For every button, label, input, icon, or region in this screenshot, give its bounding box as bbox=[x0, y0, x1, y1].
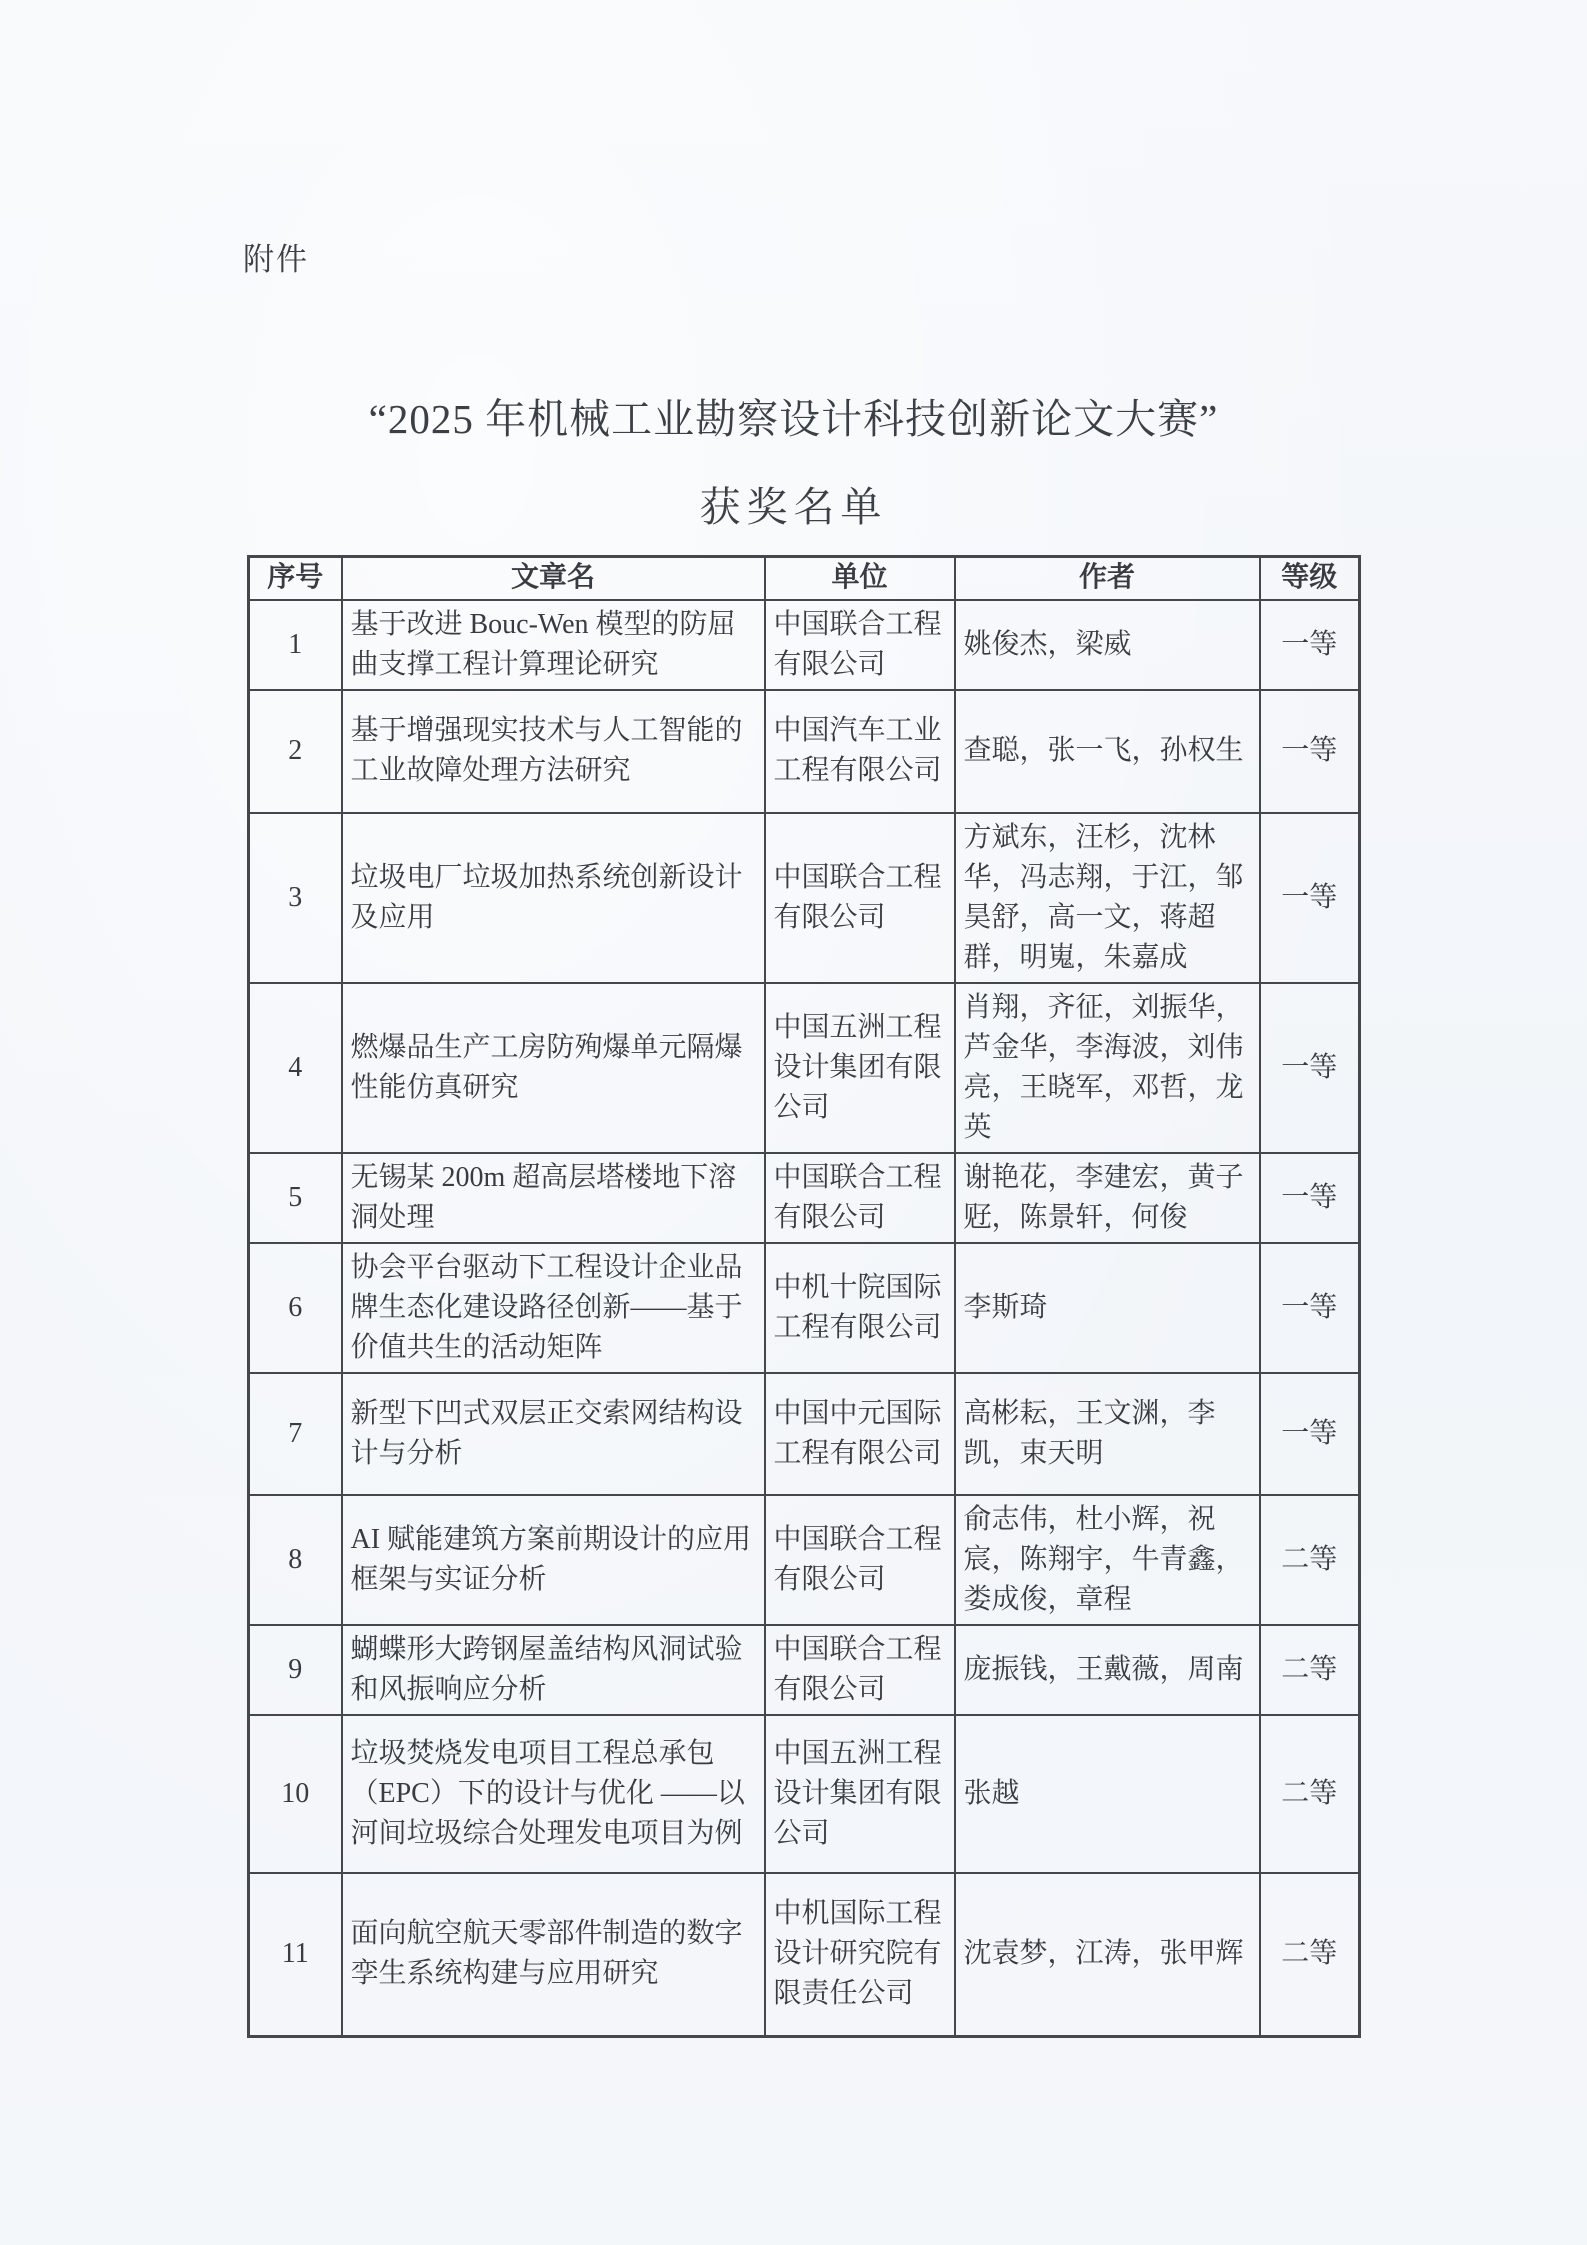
cell-authors: 沈袁梦，江涛，张甲辉 bbox=[955, 1873, 1260, 2037]
table-row: 8 AI 赋能建筑方案前期设计的应用框架与实证分析 中国联合工程有限公司 俞志伟… bbox=[249, 1495, 1360, 1625]
cell-unit: 中国联合工程有限公司 bbox=[765, 600, 955, 690]
cell-unit: 中国汽车工业工程有限公司 bbox=[765, 690, 955, 813]
cell-unit: 中国联合工程有限公司 bbox=[765, 1495, 955, 1625]
cell-grade: 二等 bbox=[1260, 1625, 1360, 1715]
cell-unit: 中机国际工程设计研究院有限责任公司 bbox=[765, 1873, 955, 2037]
table-row: 9 蝴蝶形大跨钢屋盖结构风洞试验和风振响应分析 中国联合工程有限公司 庞振钱，王… bbox=[249, 1625, 1360, 1715]
table-row: 11 面向航空航天零部件制造的数字孪生系统构建与应用研究 中机国际工程设计研究院… bbox=[249, 1873, 1360, 2037]
cell-unit: 中国五洲工程设计集团有限公司 bbox=[765, 1715, 955, 1873]
cell-article-title: 新型下凹式双层正交索网结构设计与分析 bbox=[342, 1373, 765, 1495]
document-subtitle: 获奖名单 bbox=[120, 474, 1467, 533]
table-row: 5 无锡某 200m 超高层塔楼地下溶洞处理 中国联合工程有限公司 谢艳花，李建… bbox=[249, 1153, 1360, 1243]
cell-unit: 中国联合工程有限公司 bbox=[765, 1625, 955, 1715]
table-row: 2 基于增强现实技术与人工智能的工业故障处理方法研究 中国汽车工业工程有限公司 … bbox=[249, 690, 1360, 813]
cell-authors: 俞志伟，杜小辉，祝宸，陈翔宇，牛青鑫，娄成俊，章程 bbox=[955, 1495, 1260, 1625]
cell-serial-number: 1 bbox=[249, 600, 342, 690]
cell-authors: 张越 bbox=[955, 1715, 1260, 1873]
cell-authors: 李斯琦 bbox=[955, 1243, 1260, 1373]
cell-authors: 谢艳花，李建宏，黄子觃，陈景轩，何俊 bbox=[955, 1153, 1260, 1243]
cell-authors: 庞振钱，王戴薇，周南 bbox=[955, 1625, 1260, 1715]
cell-article-title: 基于增强现实技术与人工智能的工业故障处理方法研究 bbox=[342, 690, 765, 813]
cell-article-title: 无锡某 200m 超高层塔楼地下溶洞处理 bbox=[342, 1153, 765, 1243]
table-header-row: 序号 文章名 单位 作者 等级 bbox=[249, 557, 1360, 600]
cell-authors: 姚俊杰，梁威 bbox=[955, 600, 1260, 690]
cell-serial-number: 7 bbox=[249, 1373, 342, 1495]
attachment-label: 附件 bbox=[243, 234, 309, 279]
cell-article-title: 协会平台驱动下工程设计企业品牌生态化建设路径创新——基于价值共生的活动矩阵 bbox=[342, 1243, 765, 1373]
cell-grade: 一等 bbox=[1260, 983, 1360, 1153]
cell-grade: 一等 bbox=[1260, 813, 1360, 983]
table-row: 1 基于改进 Bouc-Wen 模型的防屈曲支撑工程计算理论研究 中国联合工程有… bbox=[249, 600, 1360, 690]
header-authors: 作者 bbox=[955, 557, 1260, 600]
table-row: 7 新型下凹式双层正交索网结构设计与分析 中国中元国际工程有限公司 高彬耘，王文… bbox=[249, 1373, 1360, 1495]
cell-grade: 二等 bbox=[1260, 1715, 1360, 1873]
cell-serial-number: 5 bbox=[249, 1153, 342, 1243]
table-row: 4 燃爆品生产工房防殉爆单元隔爆性能仿真研究 中国五洲工程设计集团有限公司 肖翔… bbox=[249, 983, 1360, 1153]
cell-authors: 肖翔，齐征，刘振华，芦金华，李海波，刘伟亮，王晓军，邓哲，龙英 bbox=[955, 983, 1260, 1153]
cell-grade: 一等 bbox=[1260, 1153, 1360, 1243]
cell-article-title: AI 赋能建筑方案前期设计的应用框架与实证分析 bbox=[342, 1495, 765, 1625]
header-serial-number: 序号 bbox=[249, 557, 342, 600]
awards-table: 序号 文章名 单位 作者 等级 1 基于改进 Bouc-Wen 模型的防屈曲支撑… bbox=[247, 555, 1361, 2038]
cell-unit: 中机十院国际工程有限公司 bbox=[765, 1243, 955, 1373]
table-row: 10 垃圾焚烧发电项目工程总承包（EPC）下的设计与优化 ——以河间垃圾综合处理… bbox=[249, 1715, 1360, 1873]
cell-serial-number: 9 bbox=[249, 1625, 342, 1715]
cell-article-title: 基于改进 Bouc-Wen 模型的防屈曲支撑工程计算理论研究 bbox=[342, 600, 765, 690]
cell-serial-number: 4 bbox=[249, 983, 342, 1153]
table-row: 3 垃圾电厂垃圾加热系统创新设计及应用 中国联合工程有限公司 方斌东，汪杉，沈林… bbox=[249, 813, 1360, 983]
cell-authors: 高彬耘，王文渊，李凯，束天明 bbox=[955, 1373, 1260, 1495]
cell-serial-number: 6 bbox=[249, 1243, 342, 1373]
cell-article-title: 蝴蝶形大跨钢屋盖结构风洞试验和风振响应分析 bbox=[342, 1625, 765, 1715]
cell-grade: 一等 bbox=[1260, 1243, 1360, 1373]
cell-unit: 中国五洲工程设计集团有限公司 bbox=[765, 983, 955, 1153]
header-article-title: 文章名 bbox=[342, 557, 765, 600]
cell-grade: 二等 bbox=[1260, 1495, 1360, 1625]
cell-unit: 中国联合工程有限公司 bbox=[765, 1153, 955, 1243]
cell-article-title: 垃圾电厂垃圾加热系统创新设计及应用 bbox=[342, 813, 765, 983]
header-grade: 等级 bbox=[1260, 557, 1360, 600]
cell-serial-number: 3 bbox=[249, 813, 342, 983]
cell-serial-number: 11 bbox=[249, 1873, 342, 2037]
cell-article-title: 面向航空航天零部件制造的数字孪生系统构建与应用研究 bbox=[342, 1873, 765, 2037]
cell-grade: 二等 bbox=[1260, 1873, 1360, 2037]
cell-unit: 中国联合工程有限公司 bbox=[765, 813, 955, 983]
cell-serial-number: 2 bbox=[249, 690, 342, 813]
cell-article-title: 垃圾焚烧发电项目工程总承包（EPC）下的设计与优化 ——以河间垃圾综合处理发电项… bbox=[342, 1715, 765, 1873]
header-unit: 单位 bbox=[765, 557, 955, 600]
cell-unit: 中国中元国际工程有限公司 bbox=[765, 1373, 955, 1495]
cell-serial-number: 8 bbox=[249, 1495, 342, 1625]
cell-grade: 一等 bbox=[1260, 690, 1360, 813]
cell-authors: 查聪，张一飞，孙权生 bbox=[955, 690, 1260, 813]
table-row: 6 协会平台驱动下工程设计企业品牌生态化建设路径创新——基于价值共生的活动矩阵 … bbox=[249, 1243, 1360, 1373]
cell-authors: 方斌东，汪杉，沈林华，冯志翔，于江，邹昊舒，高一文，蒋超群，明嵬，朱嘉成 bbox=[955, 813, 1260, 983]
cell-grade: 一等 bbox=[1260, 1373, 1360, 1495]
document-title: “2025 年机械工业勘察设计科技创新论文大赛” bbox=[120, 386, 1467, 445]
cell-article-title: 燃爆品生产工房防殉爆单元隔爆性能仿真研究 bbox=[342, 983, 765, 1153]
scanned-document-page: 附件 “2025 年机械工业勘察设计科技创新论文大赛” 获奖名单 序号 文章名 … bbox=[0, 0, 1587, 2245]
cell-grade: 一等 bbox=[1260, 600, 1360, 690]
cell-serial-number: 10 bbox=[249, 1715, 342, 1873]
